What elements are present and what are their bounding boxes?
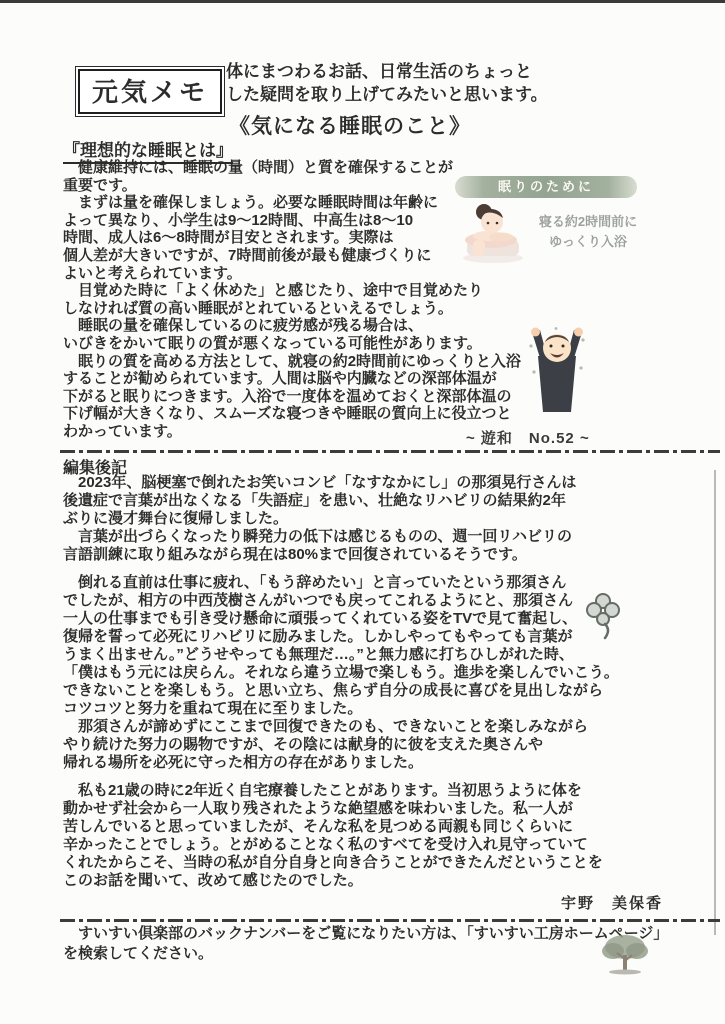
dash-dot-divider-footer [60,919,720,922]
genki-memo-logo-box: 元気メモ [75,66,225,117]
editor-line: 言葉が出づらくなったり瞬発力の低下は感じるものの、週一回リハビリの [63,528,718,546]
editor-line: 私も21歳の時に2年近く自宅療養したことがあります。当初思うように体を [63,782,718,800]
editor-line [63,772,718,782]
editor-line: 言語訓練に取り組みながら現在は80%まで回復されているそうです。 [63,546,718,564]
intro-text: 体にまつわるお話、日常生活のちょっとした疑問を取り上げてみたいと思います。 [226,60,716,106]
editor-line: 2023年、脳梗塞で倒れたお笑いコンビ「なすなかにし」の那須晃行さんは [63,474,718,492]
editor-line: できないことを楽しもう。と思い立ち、焦らず自分の成長に喜びを見出しながら [63,682,718,700]
article-line: 下がると眠りにつきます。入浴で一度体を温めておくと深部体温の [63,388,718,406]
clover-icon [583,592,623,647]
editor-note-body: 2023年、脳梗塞で倒れたお笑いコンビ「なすなかにし」の那須晃行さんは後遺症で言… [63,474,718,890]
sidebar-caption: 寝る約2時間前にゆっくり入浴 [527,212,649,252]
editor-line: 帰れる場所を必死に守った相方の存在がありました。 [63,754,718,772]
editor-line: 動かせず社会から一人取り残されたような絶望感を味わいました。私一人が [63,800,718,818]
editor-line: 倒れる直前は仕事に疲れ、「もう辞めたい」と言っていたという那須さん [63,574,718,592]
article-line: 下げ幅が大きくなり、スムーズな寝つきや睡眠の質向上に役立つと [63,405,718,423]
tree-illustration [597,931,653,984]
article-line: 目覚めた時に「よく休めた」と感じたり、途中で目覚めたり [63,282,718,300]
article-line: 睡眠の量を確保しているのに疲労感が残る場合は、 [63,317,718,335]
editor-line: 辛かったことでしょう。とがめることなく私のすべてを受け入れ見守っていて [63,836,718,854]
bathing-woman-illustration [457,200,529,271]
editor-line: このお話を聞いて、改めて感じたのでした。 [63,872,718,890]
article-body: 健康維持には、睡眠の量（時間）と質を確保することが重要です。 まずは量を確保しま… [63,159,718,441]
editor-line: くれたからこそ、当時の私が自分自身と向き合うことができたんだということを [63,854,718,872]
logo-title: 元気メモ [78,69,222,114]
editor-line: ぶりに漫才舞台に復帰しました。 [63,510,718,528]
intro-line: した疑問を取り上げてみたいと思います。 [226,83,716,106]
dash-dot-divider [60,450,720,453]
issue-number-label: ~ 遊和 No.52 ~ [466,427,590,448]
editor-line: 苦しんでいると思っていましたが、そんな私を見つめる両親も同じくらいに [63,818,718,836]
editor-line: コツコツと努力を重ねて現在に至りました。 [63,700,718,718]
article-line: しなければ質の高い睡眠がとれているといえるでしょう。 [63,300,718,318]
article-line: 健康維持には、睡眠の量（時間）と質を確保することが [63,159,718,177]
scan-edge-artifact-top [0,0,725,3]
caption-line: ゆっくり入浴 [527,232,649,252]
article-line: わかっています。 [63,423,718,441]
editor-line: うまく出ません。”どうせやっても無理だ…。”と無力感に打ちひしがれた時、 [63,646,718,664]
article-line: いびきをかいて眠りの質が悪くなっている可能性があります。 [63,335,718,353]
editor-line: 那須さんが諦めずにここまで回復できたのも、できないことを楽しみながら [63,718,718,736]
article-line: 眠りの質を高める方法として、就寝の約2時間前にゆっくりと入浴 [63,353,718,371]
article-line: することが勧められています。人間は脳や内臓などの深部体温が [63,370,718,388]
article-title: 《気になる睡眠のこと》 [229,110,471,140]
author-signature: 宇野 美保香 [561,892,663,913]
scanned-newsletter-page: 元気メモ 体にまつわるお話、日常生活のちょっとした疑問を取り上げてみたいと思いま… [0,0,725,1024]
sidebar-banner: 眠りのために [455,176,637,198]
editor-line [63,564,718,574]
editor-line: やり続けた努力の賜物ですが、その陰には献身的に彼を支えた奥さんや [63,736,718,754]
intro-line: 体にまつわるお話、日常生活のちょっと [226,60,716,83]
caption-line: 寝る約2時間前に [527,212,649,232]
editor-line: 「僕はもう元には戻らん。それなら違う立場で楽しもう。進歩を楽しんでいこう。 [63,664,718,682]
article-line: よいと考えられています。 [63,265,718,283]
refreshed-person-illustration [526,326,588,423]
editor-line: 後遺症で言葉が出なくなる「失語症」を患い、壮絶なリハビリの結果約2年 [63,492,718,510]
